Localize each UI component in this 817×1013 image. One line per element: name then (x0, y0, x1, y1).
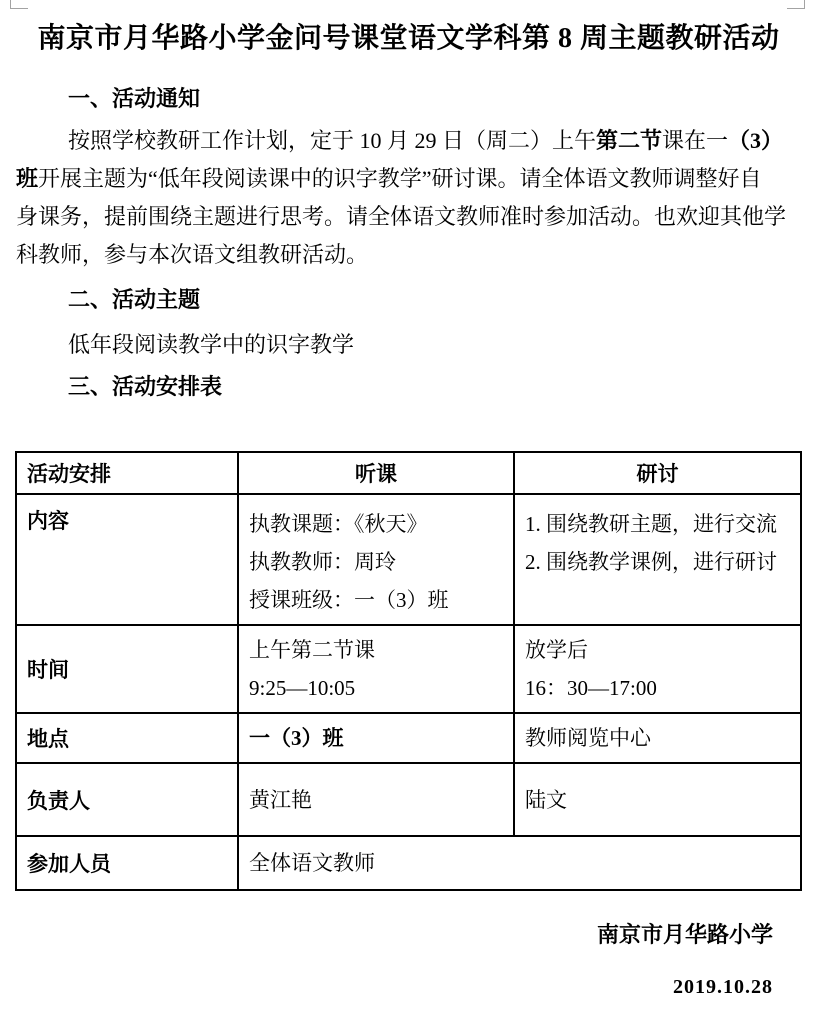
crop-mark-top-right (787, 8, 805, 9)
cell-line: 1. 围绕教研主题，进行交流 (525, 505, 790, 543)
table-row-label: 地点 (16, 713, 238, 763)
cell-line: 上午第二节课 (249, 631, 503, 669)
table-header-cell: 活动安排 (16, 452, 238, 494)
footer-date: 2019.10.28 (673, 976, 773, 999)
schedule-table-head: 活动安排听课研讨 (16, 452, 801, 494)
notice-text-bold: （3） (728, 128, 783, 153)
notice-line: 班开展主题为“低年段阅读课中的识字教学”研讨课。请全体语文教师调整好自 (16, 160, 802, 198)
table-cell-listen: 上午第二节课9:25—10:05 (238, 625, 514, 713)
schedule-table: 活动安排听课研讨 内容执教课题：《秋天》执教教师：周玲授课班级：一（3）班1. … (15, 451, 802, 891)
table-cell-listen: 执教课题：《秋天》执教教师：周玲授课班级：一（3）班 (238, 494, 514, 625)
cell-line: 16：30—17:00 (525, 669, 790, 707)
document-title: 南京市月华路小学金问号课堂语文学科第 8 周主题教研活动 (0, 16, 817, 56)
table-row-label: 负责人 (16, 763, 238, 836)
notice-line: 按照学校教研工作计划，定于 10 月 29 日（周二）上午第二节课在一（3） (16, 122, 802, 160)
cell-line: 陆文 (525, 781, 790, 819)
crop-mark-top-left (10, 8, 28, 9)
cell-line: 一（3）班 (249, 719, 503, 757)
cell-line: 黄江艳 (249, 781, 503, 819)
table-row-label: 参加人员 (16, 836, 238, 890)
table-row: 参加人员全体语文教师 (16, 836, 801, 890)
notice-line: 科教师，参与本次语文组教研活动。 (16, 236, 802, 274)
notice-text: 课在一 (662, 128, 728, 153)
table-cell-discuss: 教师阅览中心 (514, 713, 801, 763)
table-cell-discuss: 放学后16：30—17:00 (514, 625, 801, 713)
table-cell-discuss: 陆文 (514, 763, 801, 836)
notice-text: 科教师，参与本次语文组教研活动。 (16, 242, 368, 267)
table-header-cell: 研讨 (514, 452, 801, 494)
table-row: 负责人黄江艳陆文 (16, 763, 801, 836)
table-cell-discuss: 1. 围绕教研主题，进行交流2. 围绕教学课例，进行研讨 (514, 494, 801, 625)
table-row-label: 内容 (16, 494, 238, 625)
cell-line: 2. 围绕教学课例，进行研讨 (525, 543, 790, 581)
activity-topic: 低年段阅读教学中的识字教学 (68, 326, 354, 364)
cell-line: 授课班级：一（3）班 (249, 581, 503, 619)
table-cell-listen: 全体语文教师 (238, 836, 801, 890)
table-row: 地点一（3）班教师阅览中心 (16, 713, 801, 763)
cell-line: 执教教师：周玲 (249, 543, 503, 581)
notice-text-bold: 第二节 (596, 128, 662, 153)
section-2-heading: 二、活动主题 (68, 281, 200, 319)
cell-line: 全体语文教师 (249, 844, 790, 882)
cell-line: 教师阅览中心 (525, 719, 790, 757)
cell-line: 执教课题：《秋天》 (249, 505, 503, 543)
table-header-cell: 听课 (238, 452, 514, 494)
notice-text: 按照学校教研工作计划，定于 10 月 29 日（周二）上午 (68, 128, 596, 153)
cell-line: 放学后 (525, 631, 790, 669)
footer-school-name: 南京市月华路小学 (597, 918, 773, 949)
table-row-label: 时间 (16, 625, 238, 713)
table-cell-listen: 一（3）班 (238, 713, 514, 763)
section-3-heading: 三、活动安排表 (68, 368, 222, 406)
document-page: 南京市月华路小学金问号课堂语文学科第 8 周主题教研活动 一、活动通知 按照学校… (0, 0, 817, 1013)
cell-line: 9:25—10:05 (249, 669, 503, 707)
notice-paragraph: 按照学校教研工作计划，定于 10 月 29 日（周二）上午第二节课在一（3）班开… (16, 122, 802, 274)
notice-text: 身课务，提前围绕主题进行思考。请全体语文教师准时参加活动。也欢迎其他学 (16, 204, 786, 229)
schedule-table-body: 内容执教课题：《秋天》执教教师：周玲授课班级：一（3）班1. 围绕教研主题，进行… (16, 494, 801, 890)
notice-text: 开展主题为“低年段阅读课中的识字教学”研讨课。请全体语文教师调整好自 (38, 166, 762, 191)
notice-line: 身课务，提前围绕主题进行思考。请全体语文教师准时参加活动。也欢迎其他学 (16, 198, 802, 236)
table-header-row: 活动安排听课研讨 (16, 452, 801, 494)
notice-text-bold: 班 (16, 166, 38, 191)
table-row: 内容执教课题：《秋天》执教教师：周玲授课班级：一（3）班1. 围绕教研主题，进行… (16, 494, 801, 625)
section-1-heading: 一、活动通知 (68, 80, 200, 118)
table-cell-listen: 黄江艳 (238, 763, 514, 836)
table-row: 时间上午第二节课9:25—10:05放学后16：30—17:00 (16, 625, 801, 713)
